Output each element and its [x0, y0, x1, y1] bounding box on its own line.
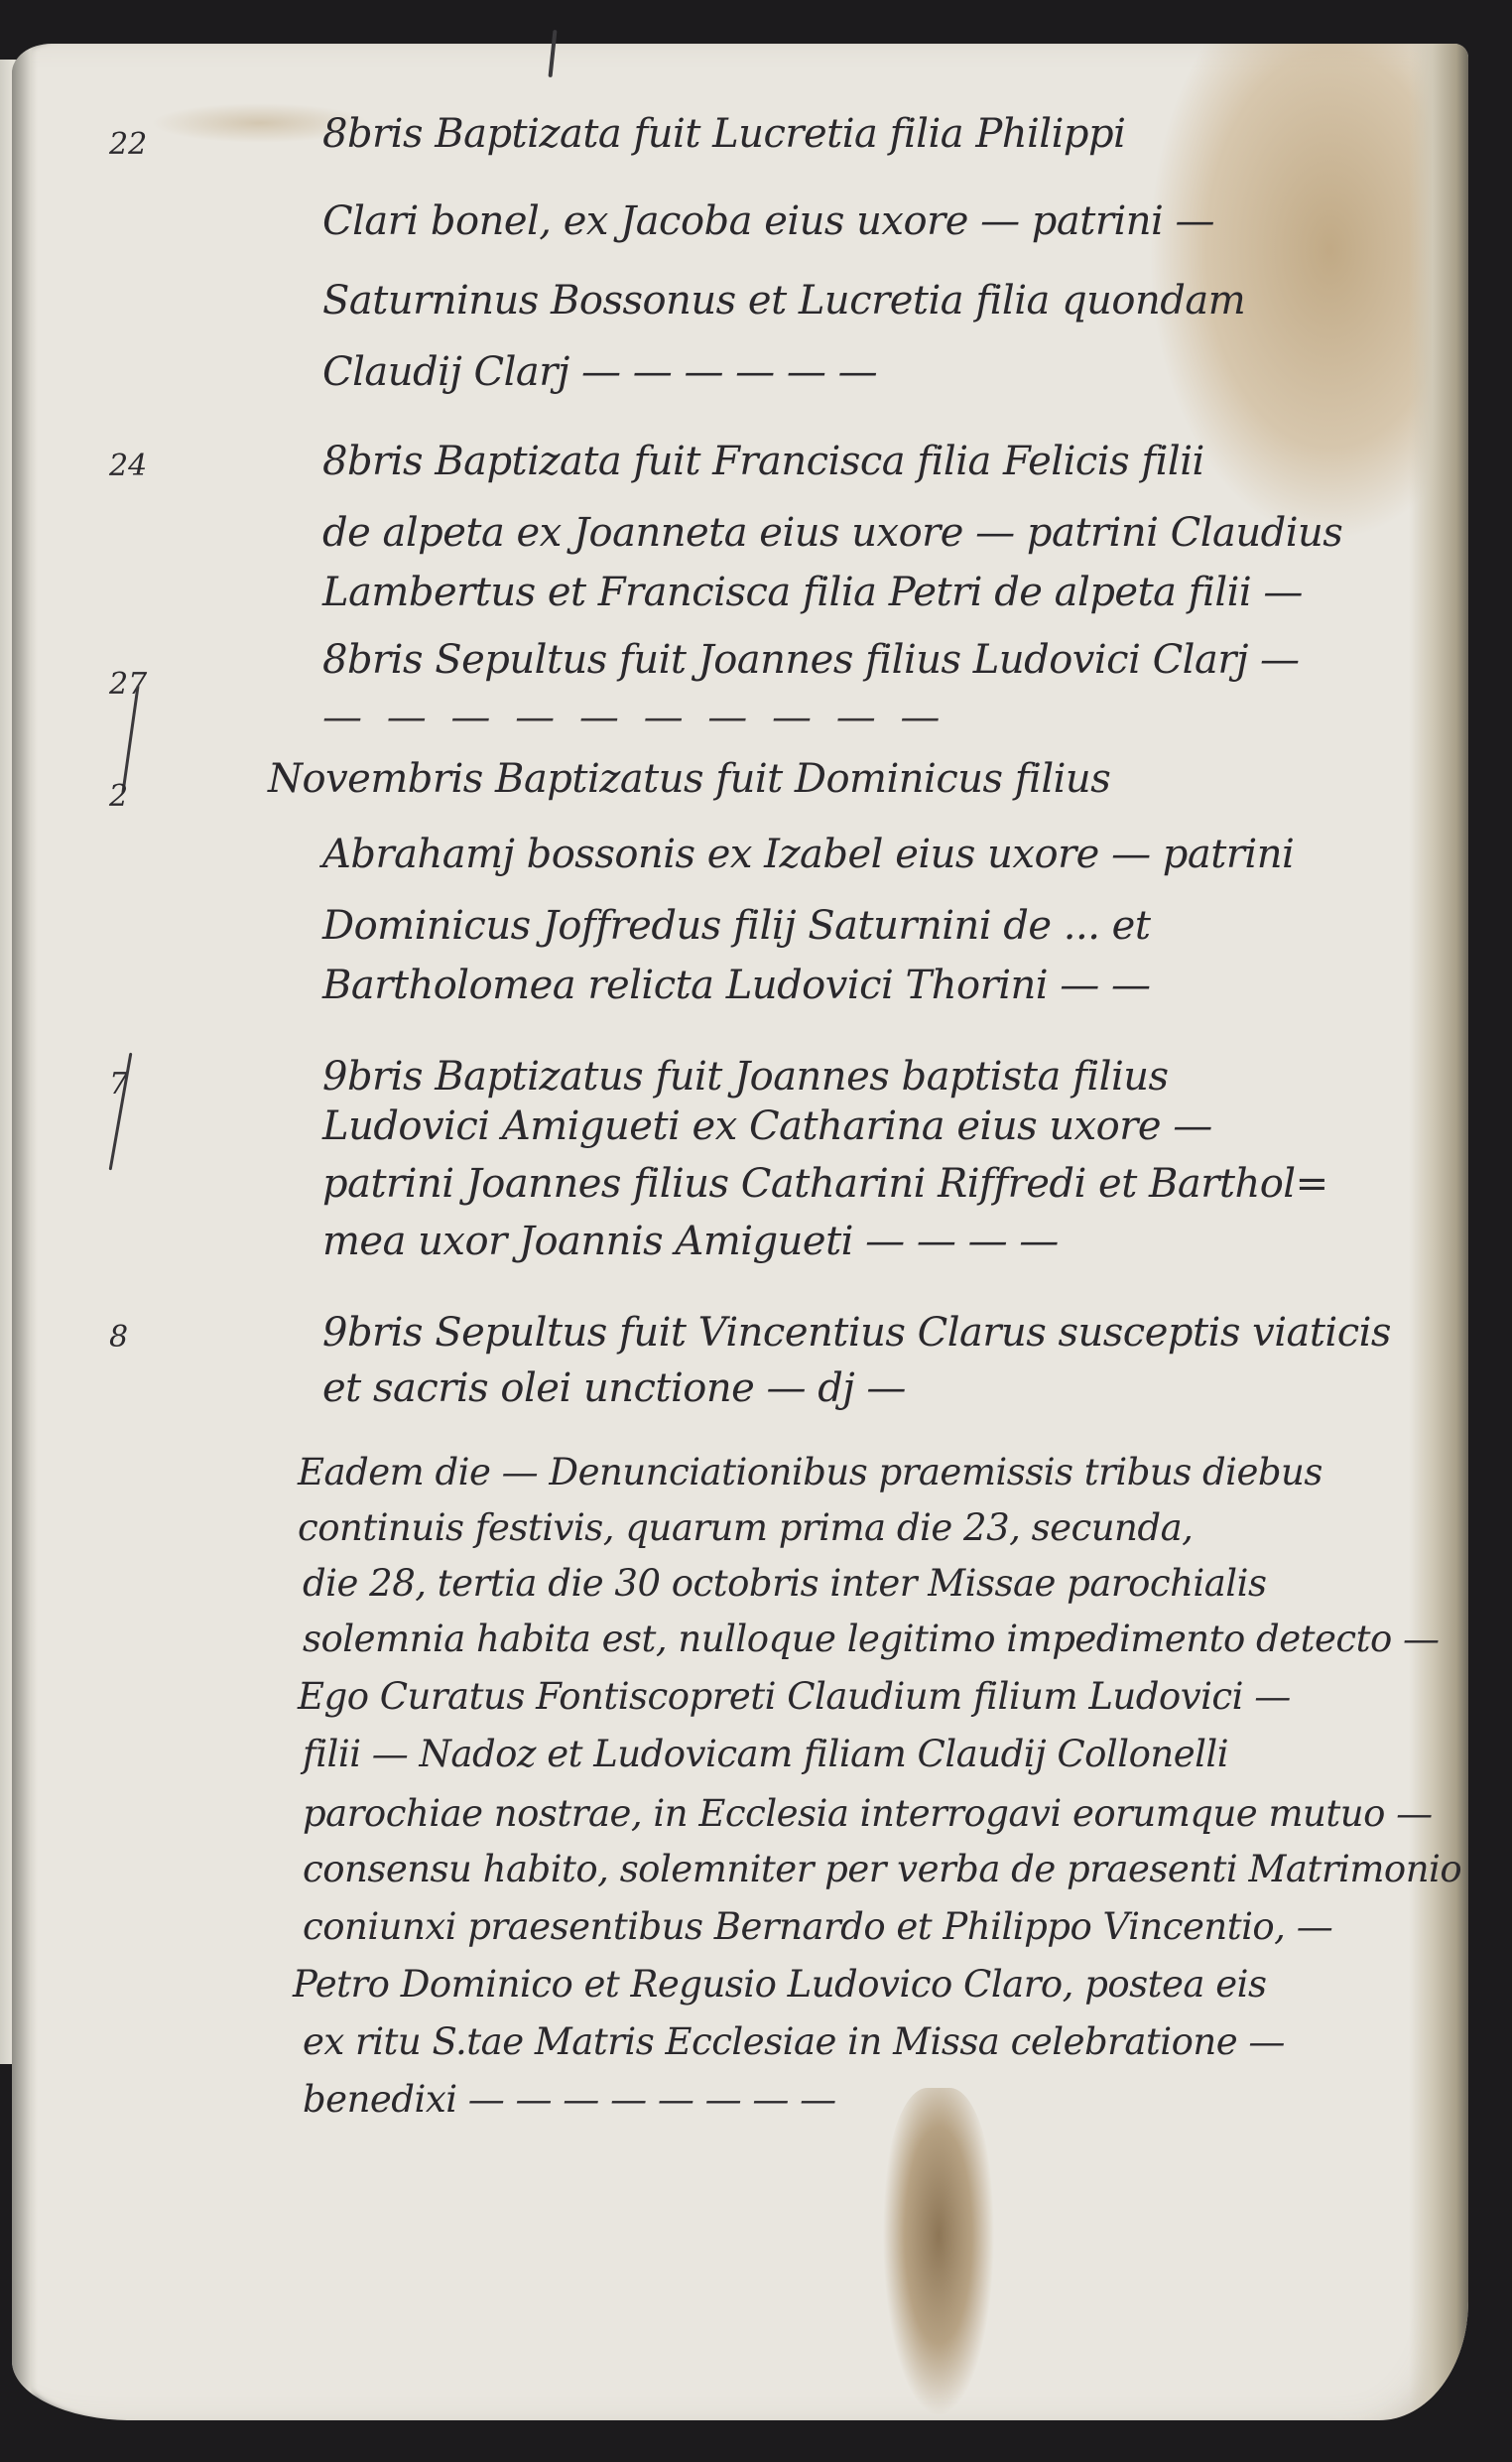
entry-line: 8bris Baptizata fuit Francisca filia Fel… [322, 439, 1453, 484]
entry-line: Ludovici Amigueti ex Catharina eius uxor… [322, 1103, 1453, 1149]
entry-line: Lambertus et Francisca filia Petri de al… [322, 570, 1453, 615]
entry-line: Abrahamj bossonis ex Izabel eius uxore —… [322, 832, 1453, 877]
entry-line: Clari bonel, ex Jacoba eius uxore — patr… [322, 198, 1453, 244]
entry-date: 27 [109, 667, 179, 702]
folio-mark [549, 30, 558, 77]
entry-line: 9bris Sepultus fuit Vincentius Clarus su… [322, 1310, 1453, 1356]
entry-line: 8bris Sepultus fuit Joannes filius Ludov… [322, 637, 1453, 683]
entry-line: die 28, tertia die 30 octobris inter Mis… [303, 1562, 1434, 1605]
entry-date: 2 [109, 779, 179, 814]
handwritten-text: 22 8bris Baptizata fuit Lucretia filia P… [0, 0, 1512, 2462]
entry-line: filii — Nadoz et Ludovicam filiam Claudi… [303, 1733, 1434, 1775]
entry-dash-line: — — — — — — — — — — [322, 695, 1453, 740]
entry-date: 8 [109, 1320, 179, 1355]
entry-line: Claudij Clarj — — — — — — [322, 349, 1453, 395]
entry-line: Ego Curatus Fontiscopreti Claudium filiu… [298, 1675, 1429, 1718]
entry-line: Eadem die — Denunciationibus praemissis … [298, 1451, 1429, 1493]
entry-line: Petro Dominico et Regusio Ludovico Claro… [293, 1963, 1424, 2006]
manuscript-scan: 22 8bris Baptizata fuit Lucretia filia P… [0, 0, 1512, 2462]
entry-line: coniunxi praesentibus Bernardo et Philip… [303, 1905, 1434, 1948]
entry-line: benedixi — — — — — — — — [303, 2078, 1434, 2121]
entry-date: 24 [109, 449, 179, 483]
entry-line: continuis festivis, quarum prima die 23,… [298, 1506, 1429, 1549]
entry-line: consensu habito, solemniter per verba de… [303, 1848, 1434, 1890]
entry-line: Saturninus Bossonus et Lucretia filia qu… [322, 278, 1453, 324]
entry-date: 7 [109, 1067, 179, 1101]
entry-line: Dominicus Joffredus filij Saturnini de .… [322, 903, 1453, 949]
entry-line: 8bris Baptizata fuit Lucretia filia Phil… [322, 111, 1453, 157]
entry-line: Novembris Baptizatus fuit Dominicus fili… [268, 756, 1399, 802]
entry-line: de alpeta ex Joanneta eius uxore — patri… [322, 510, 1453, 556]
entry-line: Bartholomea relicta Ludovici Thorini — — [322, 963, 1453, 1008]
entry-line: 9bris Baptizatus fuit Joannes baptista f… [322, 1054, 1453, 1100]
entry-line: mea uxor Joannis Amigueti — — — — [322, 1219, 1453, 1264]
entry-line: et sacris olei unctione — dj — [322, 1365, 1453, 1411]
entry-date: 22 [109, 127, 179, 162]
entry-line: ex ritu S.tae Matris Ecclesiae in Missa … [303, 2020, 1434, 2063]
entry-line: parochiae nostrae, in Ecclesia interroga… [303, 1792, 1434, 1835]
entry-line: patrini Joannes filius Catharini Riffred… [322, 1161, 1453, 1207]
entry-line: solemnia habita est, nulloque legitimo i… [303, 1618, 1434, 1660]
